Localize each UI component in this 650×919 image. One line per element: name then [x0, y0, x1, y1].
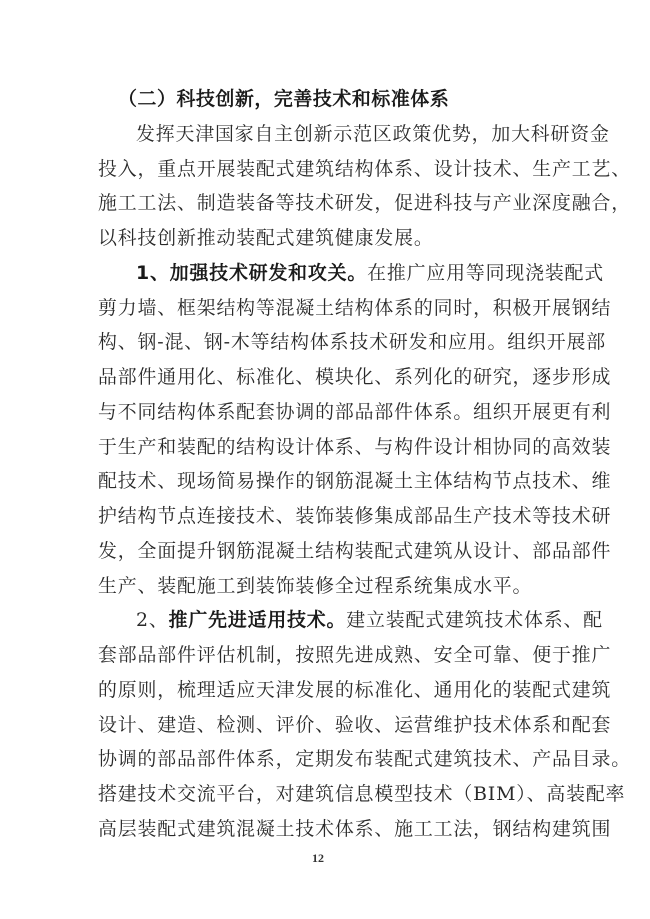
page-number: 12 [300, 851, 336, 866]
paragraph-first-line-text: 在推广应用等同现浇装配式 [367, 262, 604, 284]
paragraph-line: 的原则，梳理适应天津发展的标准化、通用化的装配式建筑 [98, 673, 556, 708]
paragraph-line: 投入，重点开展装配式建筑结构体系、设计技术、生产工艺、 [98, 152, 556, 187]
paragraph-line: 生产、装配施工到装饰装修全过程系统集成水平。 [98, 569, 556, 604]
paragraph-first-line-text: 建立装配式建筑技术体系、配 [346, 609, 603, 631]
paragraph-line: 构、钢-混、钢-木等结构体系技术研发和应用。组织开展部 [98, 325, 556, 360]
paragraph-line: 高层装配式建筑混凝土技术体系、施工工法，钢结构建筑围 [98, 812, 556, 847]
paragraph-line: 配技术、现场简易操作的钢筋混凝土主体结构节点技术、维 [98, 464, 556, 499]
paragraph-first-line: 1、加强技术研发和攻关。在推广应用等同现浇装配式 [98, 256, 556, 291]
document-body: （二）科技创新，完善技术和标准体系 发挥天津国家自主创新示范区政策优势，加大科研… [98, 82, 556, 847]
document-page: （二）科技创新，完善技术和标准体系 发挥天津国家自主创新示范区政策优势，加大科研… [0, 0, 650, 919]
paragraph-line: 搭建技术交流平台，对建筑信息模型技术（BIM）、高装配率 [98, 777, 556, 812]
paragraph-line: 套部品部件评估机制，按照先进成熟、安全可靠、便于推广 [98, 638, 556, 673]
paragraph-line: 剪力墙、框架结构等混凝土结构体系的同时，积极开展钢结 [98, 291, 556, 326]
paragraph-line: 协调的部品部件体系，定期发布装配式建筑技术、产品目录。 [98, 742, 556, 777]
paragraph-intro: 发挥天津国家自主创新示范区政策优势，加大科研资金 投入，重点开展装配式建筑结构体… [98, 117, 556, 256]
paragraph-line: 于生产和装配的结构设计体系、与构件设计相协同的高效装 [98, 430, 556, 465]
paragraph-line: 发挥天津国家自主创新示范区政策优势，加大科研资金 [98, 117, 556, 152]
paragraph-line: 发，全面提升钢筋混凝土结构装配式建筑从设计、部品部件 [98, 534, 556, 569]
paragraph-line: 与不同结构体系配套协调的部品部件体系。组织开展更有利 [98, 395, 556, 430]
paragraph-lead-number: 2、 [136, 609, 169, 631]
paragraph-line: 以科技创新推动装配式建筑健康发展。 [98, 221, 556, 256]
paragraph-promote-tech: 2、推广先进适用技术。建立装配式建筑技术体系、配 套部品部件评估机制，按照先进成… [98, 603, 556, 846]
paragraph-line: 设计、建造、检测、评价、验收、运营维护技术体系和配套 [98, 708, 556, 743]
paragraph-line: 品部件通用化、标准化、模块化、系列化的研究，逐步形成 [98, 360, 556, 395]
paragraph-line: 施工工法、制造装备等技术研发，促进科技与产业深度融合， [98, 186, 556, 221]
paragraph-lead-bold: 1、加强技术研发和攻关。 [136, 262, 367, 284]
paragraph-lead-bold: 推广先进适用技术。 [169, 609, 347, 631]
paragraph-tech-research: 1、加强技术研发和攻关。在推广应用等同现浇装配式 剪力墙、框架结构等混凝土结构体… [98, 256, 556, 604]
paragraph-first-line: 2、推广先进适用技术。建立装配式建筑技术体系、配 [98, 603, 556, 638]
paragraph-line: 护结构节点连接技术、装饰装修集成部品生产技术等技术研 [98, 499, 556, 534]
section-heading: （二）科技创新，完善技术和标准体系 [98, 82, 556, 117]
